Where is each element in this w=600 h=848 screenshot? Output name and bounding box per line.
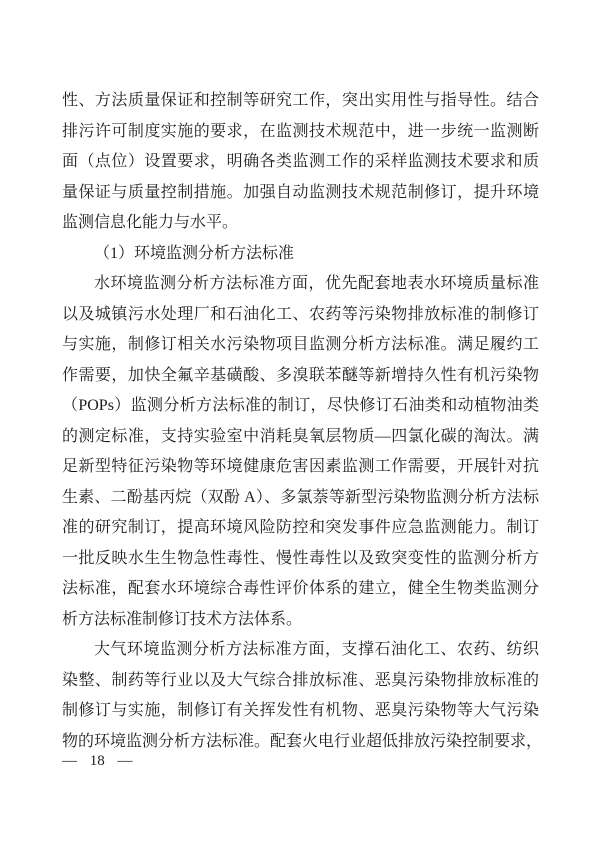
paragraph: 水环境监测分析方法标准方面，优先配套地表水环境质量标准 以及城镇污水处理厂和石油… bbox=[62, 269, 539, 635]
text-line: 面（点位）设置要求，明确各类监测工作的采样监测技术要求和质 bbox=[62, 147, 539, 178]
page-number: — 18 — bbox=[62, 751, 133, 771]
text-line: 一批反映水生生物急性毒性、慢性毒性以及致突变性的监测分析方 bbox=[62, 544, 539, 575]
text-line: 与实施，制修订相关水污染物项目监测分析方法标准。满足履约工 bbox=[62, 330, 539, 361]
text-line: 排污许可制度实施的要求，在监测技术规范中，进一步统一监测断 bbox=[62, 117, 539, 148]
text-line: 水环境监测分析方法标准方面，优先配套地表水环境质量标准 bbox=[62, 269, 539, 300]
text-line: 准的研究制订，提高环境风险防控和突发事件应急监测能力。制订 bbox=[62, 513, 539, 544]
text-line: 足新型特征污染物等环境健康危害因素监测工作需要，开展针对抗 bbox=[62, 452, 539, 483]
document-page: 性、方法质量保证和控制等研究工作，突出实用性与指导性。结合 排污许可制度实施的要… bbox=[0, 0, 600, 848]
text-line: 以及城镇污水处理厂和石油化工、农药等污染物排放标准的制修订 bbox=[62, 300, 539, 331]
document-body: 性、方法质量保证和控制等研究工作，突出实用性与指导性。结合 排污许可制度实施的要… bbox=[62, 86, 539, 757]
text-line: （POPs）监测分析方法标准的制订，尽快修订石油类和动植物油类 bbox=[62, 391, 539, 422]
text-line: 的测定标准，支持实验室中消耗臭氧层物质—四氯化碳的淘汰。满 bbox=[62, 422, 539, 453]
text-line: 作需要，加快全氟辛基磺酸、多溴联苯醚等新增持久性有机污染物 bbox=[62, 361, 539, 392]
text-line: 物的环境监测分析方法标准。配套火电行业超低排放污染控制要求， bbox=[62, 727, 539, 758]
text-line: 量保证与质量控制措施。加强自动监测技术规范制修订，提升环境 bbox=[62, 178, 539, 209]
text-line: 制修订与实施，制修订有关挥发性有机物、恶臭污染物等大气污染 bbox=[62, 696, 539, 727]
text-line: 析方法标准制修订技术方法体系。 bbox=[62, 605, 539, 636]
text-line: 监测信息化能力与水平。 bbox=[62, 208, 539, 239]
section-heading: （1）环境监测分析方法标准 bbox=[62, 239, 539, 270]
text-line: 法标准，配套水环境综合毒性评价体系的建立，健全生物类监测分 bbox=[62, 574, 539, 605]
paragraph: 性、方法质量保证和控制等研究工作，突出实用性与指导性。结合 排污许可制度实施的要… bbox=[62, 86, 539, 239]
text-line: 大气环境监测分析方法标准方面，支撑石油化工、农药、纺织 bbox=[62, 635, 539, 666]
paragraph: 大气环境监测分析方法标准方面，支撑石油化工、农药、纺织 染整、制药等行业以及大气… bbox=[62, 635, 539, 757]
text-line: 染整、制药等行业以及大气综合排放标准、恶臭污染物排放标准的 bbox=[62, 666, 539, 697]
text-line: 生素、二酚基丙烷（双酚 A）、多氯萘等新型污染物监测分析方法标 bbox=[62, 483, 539, 514]
text-line: 性、方法质量保证和控制等研究工作，突出实用性与指导性。结合 bbox=[62, 86, 539, 117]
